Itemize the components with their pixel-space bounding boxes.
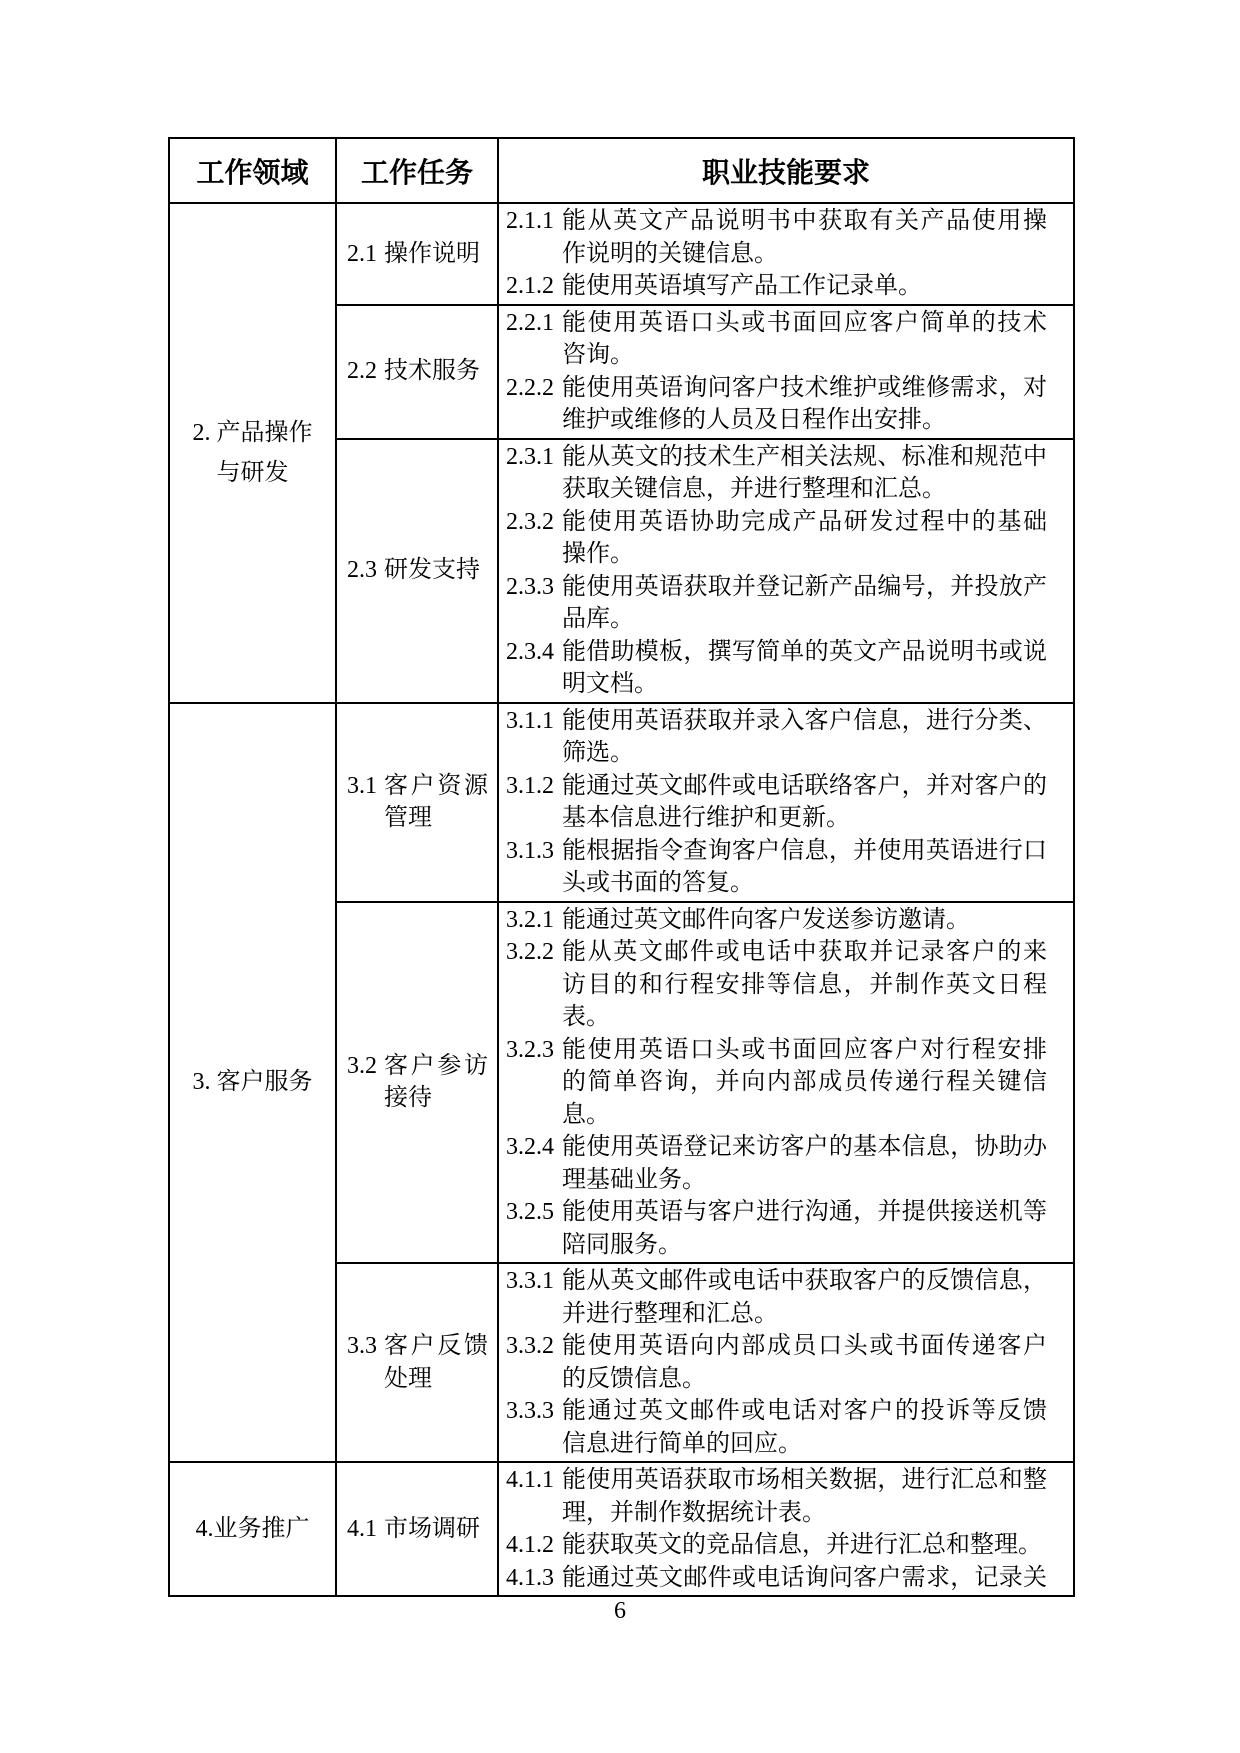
work-task-cell: 2.2技术服务 xyxy=(336,305,498,439)
requirement-line: 能使用英语登记来访客户的基本信息，协助办 xyxy=(562,1131,1047,1164)
requirement-item: 3.3.2能使用英语向内部成员口头或书面传递客户的反馈信息。 xyxy=(506,1330,1047,1395)
requirement-text: 能通过英文邮件或电话联络客户，并对客户的基本信息进行维护和更新。 xyxy=(562,770,1047,835)
requirement-number: 2.1.2 xyxy=(506,270,562,303)
work-task-number: 2.3 xyxy=(347,554,384,587)
work-task-text: 操作说明 xyxy=(384,238,488,271)
requirement-line: 操作。 xyxy=(562,538,1047,571)
work-task-line: 客户资源 xyxy=(384,770,488,803)
work-task-number: 4.1 xyxy=(347,1513,384,1546)
skills-table: 工作领域 工作任务 职业技能要求 2. 产品操作与研发2.1操作说明2.1.1能… xyxy=(168,137,1075,1597)
work-task-line: 研发支持 xyxy=(384,554,488,587)
requirement-item: 2.3.2能使用英语协助完成产品研发过程中的基础操作。 xyxy=(506,506,1047,571)
requirement-line: 陪同服务。 xyxy=(562,1229,1047,1262)
requirement-item: 2.1.2能使用英语填写产品工作记录单。 xyxy=(506,270,1047,303)
requirement-line: 并进行整理和汇总。 xyxy=(562,1298,1047,1331)
requirement-text: 能使用英语与客户进行沟通，并提供接送机等陪同服务。 xyxy=(562,1196,1047,1261)
requirement-text: 能使用英语获取并录入客户信息，进行分类、筛选。 xyxy=(562,705,1047,770)
work-task-line: 管理 xyxy=(384,802,488,835)
work-task-line: 客户反馈 xyxy=(384,1330,488,1363)
work-task-entry: 3.1客户资源管理 xyxy=(347,770,488,835)
table-row: 3. 客户服务3.1客户资源管理3.1.1能使用英语获取并录入客户信息，进行分类… xyxy=(169,703,1074,902)
requirement-line: 能根据指令查询客户信息，并使用英语进行口 xyxy=(562,835,1047,868)
requirement-item: 3.2.4能使用英语登记来访客户的基本信息，协助办理基础业务。 xyxy=(506,1131,1047,1196)
requirement-item: 2.3.4能借助模板，撰写简单的英文产品说明书或说明文档。 xyxy=(506,636,1047,701)
requirement-item: 3.2.2能从英文邮件或电话中获取并记录客户的来访目的和行程安排等信息，并制作英… xyxy=(506,936,1047,1034)
page-number: 6 xyxy=(0,1598,1240,1625)
requirement-number: 3.2.5 xyxy=(506,1196,562,1229)
requirement-text: 能根据指令查询客户信息，并使用英语进行口头或书面的答复。 xyxy=(562,835,1047,900)
work-task-line: 处理 xyxy=(384,1363,488,1396)
requirement-item: 2.3.1能从英文的技术生产相关法规、标准和规范中获取关键信息，并进行整理和汇总… xyxy=(506,441,1047,506)
work-area-cell: 4.业务推广 xyxy=(169,1462,336,1596)
header-skill-requirements: 职业技能要求 xyxy=(498,138,1074,203)
requirement-line: 能通过英文邮件向客户发送参访邀请。 xyxy=(562,904,1047,937)
requirement-text: 能使用英语登记来访客户的基本信息，协助办理基础业务。 xyxy=(562,1131,1047,1196)
requirement-text: 能从英文的技术生产相关法规、标准和规范中获取关键信息，并进行整理和汇总。 xyxy=(562,441,1047,506)
requirement-item: 3.1.2能通过英文邮件或电话联络客户，并对客户的基本信息进行维护和更新。 xyxy=(506,770,1047,835)
requirement-number: 3.2.2 xyxy=(506,936,562,969)
work-area-line: 4.业务推广 xyxy=(170,1509,335,1549)
requirement-line: 能通过英文邮件或电话对客户的投诉等反馈 xyxy=(562,1395,1047,1428)
requirement-text: 能借助模板，撰写简单的英文产品说明书或说明文档。 xyxy=(562,636,1047,701)
requirement-item: 2.2.1能使用英语口头或书面回应客户简单的技术咨询。 xyxy=(506,307,1047,372)
requirement-line: 明文档。 xyxy=(562,668,1047,701)
work-task-entry: 3.3客户反馈处理 xyxy=(347,1330,488,1395)
requirement-line: 能使用英语向内部成员口头或书面传递客户 xyxy=(562,1330,1047,1363)
requirement-line: 维护或维修的人员及日程作出安排。 xyxy=(562,404,1047,437)
requirement-line: 作说明的关键信息。 xyxy=(562,238,1047,271)
requirement-text: 能获取英文的竞品信息，并进行汇总和整理。 xyxy=(562,1529,1047,1562)
requirement-line: 的简单咨询，并向内部成员传递行程关键信 xyxy=(562,1066,1047,1099)
work-task-number: 2.1 xyxy=(347,238,384,271)
requirement-text: 能使用英语获取并登记新产品编号，并投放产品库。 xyxy=(562,571,1047,636)
requirement-item: 2.3.3能使用英语获取并登记新产品编号，并投放产品库。 xyxy=(506,571,1047,636)
skill-requirements-cell: 2.3.1能从英文的技术生产相关法规、标准和规范中获取关键信息，并进行整理和汇总… xyxy=(498,439,1074,703)
requirement-line: 品库。 xyxy=(562,603,1047,636)
requirement-text: 能使用英语询问客户技术维护或维修需求，对维护或维修的人员及日程作出安排。 xyxy=(562,372,1047,437)
work-task-entry: 2.3研发支持 xyxy=(347,554,488,587)
requirement-line: 访目的和行程安排等信息，并制作英文日程 xyxy=(562,969,1047,1002)
work-task-number: 3.1 xyxy=(347,770,384,803)
requirement-number: 2.3.4 xyxy=(506,636,562,669)
requirement-text: 能从英文邮件或电话中获取客户的反馈信息，并进行整理和汇总。 xyxy=(562,1265,1047,1330)
requirement-line: 头或书面的答复。 xyxy=(562,867,1047,900)
work-task-number: 3.2 xyxy=(347,1050,384,1083)
requirement-item: 4.1.3能通过英文邮件或电话询问客户需求，记录关 xyxy=(506,1562,1047,1595)
work-task-cell: 2.3研发支持 xyxy=(336,439,498,703)
work-area-line: 2. 产品操作 xyxy=(170,413,335,453)
requirement-number: 2.3.3 xyxy=(506,571,562,604)
requirement-number: 3.3.2 xyxy=(506,1330,562,1363)
requirement-number: 3.2.3 xyxy=(506,1034,562,1067)
work-area-cell: 3. 客户服务 xyxy=(169,703,336,1463)
skills-table-body: 2. 产品操作与研发2.1操作说明2.1.1能从英文产品说明书中获取有关产品使用… xyxy=(169,203,1074,1596)
requirement-text: 能从英文产品说明书中获取有关产品使用操作说明的关键信息。 xyxy=(562,205,1047,270)
requirement-line: 能使用英语获取并录入客户信息，进行分类、 xyxy=(562,705,1047,738)
requirement-number: 3.3.1 xyxy=(506,1265,562,1298)
requirement-line: 表。 xyxy=(562,1001,1047,1034)
requirement-line: 能使用英语与客户进行沟通，并提供接送机等 xyxy=(562,1196,1047,1229)
work-task-entry: 2.2技术服务 xyxy=(347,355,488,388)
work-task-cell: 4.1市场调研 xyxy=(336,1462,498,1596)
requirement-number: 3.2.1 xyxy=(506,904,562,937)
header-row: 工作领域 工作任务 职业技能要求 xyxy=(169,138,1074,203)
requirement-line: 获取关键信息，并进行整理和汇总。 xyxy=(562,473,1047,506)
requirement-number: 2.3.1 xyxy=(506,441,562,474)
work-task-text: 研发支持 xyxy=(384,554,488,587)
requirement-line: 能使用英语口头或书面回应客户简单的技术 xyxy=(562,307,1047,340)
skill-requirements-cell: 4.1.1能使用英语获取市场相关数据，进行汇总和整理，并制作数据统计表。4.1.… xyxy=(498,1462,1074,1596)
work-task-number: 3.3 xyxy=(347,1330,384,1363)
work-task-text: 技术服务 xyxy=(384,355,488,388)
requirement-item: 3.3.3能通过英文邮件或电话对客户的投诉等反馈信息进行简单的回应。 xyxy=(506,1395,1047,1460)
document-page: 工作领域 工作任务 职业技能要求 2. 产品操作与研发2.1操作说明2.1.1能… xyxy=(0,0,1240,1753)
requirement-item: 4.1.1能使用英语获取市场相关数据，进行汇总和整理，并制作数据统计表。 xyxy=(506,1464,1047,1529)
requirement-number: 2.3.2 xyxy=(506,506,562,539)
requirement-line: 的反馈信息。 xyxy=(562,1363,1047,1396)
requirement-text: 能使用英语协助完成产品研发过程中的基础操作。 xyxy=(562,506,1047,571)
work-task-line: 客户参访 xyxy=(384,1050,488,1083)
work-area-line: 与研发 xyxy=(170,453,335,493)
work-task-text: 市场调研 xyxy=(384,1513,488,1546)
work-task-number: 2.2 xyxy=(347,355,384,388)
table-row: 4.业务推广4.1市场调研4.1.1能使用英语获取市场相关数据，进行汇总和整理，… xyxy=(169,1462,1074,1596)
requirement-line: 能使用英语填写产品工作记录单。 xyxy=(562,270,1047,303)
requirement-line: 信息进行简单的回应。 xyxy=(562,1428,1047,1461)
work-task-cell: 3.1客户资源管理 xyxy=(336,703,498,902)
requirement-item: 3.2.5能使用英语与客户进行沟通，并提供接送机等陪同服务。 xyxy=(506,1196,1047,1261)
requirement-number: 3.2.4 xyxy=(506,1131,562,1164)
requirement-item: 4.1.2能获取英文的竞品信息，并进行汇总和整理。 xyxy=(506,1529,1047,1562)
requirement-number: 2.2.1 xyxy=(506,307,562,340)
requirement-number: 3.1.1 xyxy=(506,705,562,738)
work-task-line: 操作说明 xyxy=(384,238,488,271)
requirement-line: 能使用英语询问客户技术维护或维修需求，对 xyxy=(562,372,1047,405)
requirement-text: 能从英文邮件或电话中获取并记录客户的来访目的和行程安排等信息，并制作英文日程表。 xyxy=(562,936,1047,1034)
requirement-item: 3.3.1能从英文邮件或电话中获取客户的反馈信息，并进行整理和汇总。 xyxy=(506,1265,1047,1330)
requirement-item: 2.2.2能使用英语询问客户技术维护或维修需求，对维护或维修的人员及日程作出安排… xyxy=(506,372,1047,437)
requirement-line: 能通过英文邮件或电话询问客户需求，记录关 xyxy=(562,1562,1047,1595)
skill-requirements-cell: 3.3.1能从英文邮件或电话中获取客户的反馈信息，并进行整理和汇总。3.3.2能… xyxy=(498,1263,1074,1462)
work-task-cell: 3.2客户参访接待 xyxy=(336,902,498,1264)
requirement-item: 3.1.1能使用英语获取并录入客户信息，进行分类、筛选。 xyxy=(506,705,1047,770)
requirement-line: 能从英文邮件或电话中获取客户的反馈信息， xyxy=(562,1265,1047,1298)
requirement-line: 咨询。 xyxy=(562,339,1047,372)
requirement-text: 能使用英语口头或书面回应客户对行程安排的简单咨询，并向内部成员传递行程关键信息。 xyxy=(562,1034,1047,1132)
work-task-cell: 3.3客户反馈处理 xyxy=(336,1263,498,1462)
requirement-item: 3.1.3能根据指令查询客户信息，并使用英语进行口头或书面的答复。 xyxy=(506,835,1047,900)
requirement-line: 息。 xyxy=(562,1099,1047,1132)
requirement-text: 能使用英语口头或书面回应客户简单的技术咨询。 xyxy=(562,307,1047,372)
work-task-line: 市场调研 xyxy=(384,1513,488,1546)
requirement-line: 能使用英语协助完成产品研发过程中的基础 xyxy=(562,506,1047,539)
work-area-cell: 2. 产品操作与研发 xyxy=(169,203,336,703)
requirement-text: 能通过英文邮件或电话对客户的投诉等反馈信息进行简单的回应。 xyxy=(562,1395,1047,1460)
requirement-item: 3.2.3能使用英语口头或书面回应客户对行程安排的简单咨询，并向内部成员传递行程… xyxy=(506,1034,1047,1132)
requirement-item: 3.2.1能通过英文邮件向客户发送参访邀请。 xyxy=(506,904,1047,937)
skill-requirements-cell: 2.2.1能使用英语口头或书面回应客户简单的技术咨询。2.2.2能使用英语询问客… xyxy=(498,305,1074,439)
header-work-task: 工作任务 xyxy=(336,138,498,203)
requirement-item: 2.1.1能从英文产品说明书中获取有关产品使用操作说明的关键信息。 xyxy=(506,205,1047,270)
requirement-text: 能通过英文邮件或电话询问客户需求，记录关 xyxy=(562,1562,1047,1595)
requirement-line: 能从英文产品说明书中获取有关产品使用操 xyxy=(562,205,1047,238)
requirement-number: 4.1.2 xyxy=(506,1529,562,1562)
work-area-line: 3. 客户服务 xyxy=(170,1062,335,1102)
requirement-line: 能获取英文的竞品信息，并进行汇总和整理。 xyxy=(562,1529,1047,1562)
work-task-cell: 2.1操作说明 xyxy=(336,203,498,305)
requirement-line: 能使用英语获取市场相关数据，进行汇总和整 xyxy=(562,1464,1047,1497)
skill-requirements-cell: 3.1.1能使用英语获取并录入客户信息，进行分类、筛选。3.1.2能通过英文邮件… xyxy=(498,703,1074,902)
requirement-line: 能使用英语获取并登记新产品编号，并投放产 xyxy=(562,571,1047,604)
requirement-number: 2.2.2 xyxy=(506,372,562,405)
work-task-line: 技术服务 xyxy=(384,355,488,388)
work-task-text: 客户反馈处理 xyxy=(384,1330,488,1395)
requirement-number: 4.1.1 xyxy=(506,1464,562,1497)
header-work-area: 工作领域 xyxy=(169,138,336,203)
work-task-line: 接待 xyxy=(384,1082,488,1115)
requirement-number: 3.1.2 xyxy=(506,770,562,803)
requirement-line: 能从英文的技术生产相关法规、标准和规范中 xyxy=(562,441,1047,474)
requirement-line: 理基础业务。 xyxy=(562,1164,1047,1197)
requirement-line: 筛选。 xyxy=(562,737,1047,770)
skill-requirements-cell: 2.1.1能从英文产品说明书中获取有关产品使用操作说明的关键信息。2.1.2能使… xyxy=(498,203,1074,305)
requirement-line: 能借助模板，撰写简单的英文产品说明书或说 xyxy=(562,636,1047,669)
table-row: 2. 产品操作与研发2.1操作说明2.1.1能从英文产品说明书中获取有关产品使用… xyxy=(169,203,1074,305)
requirement-line: 基本信息进行维护和更新。 xyxy=(562,802,1047,835)
requirement-text: 能使用英语向内部成员口头或书面传递客户的反馈信息。 xyxy=(562,1330,1047,1395)
requirement-line: 能从英文邮件或电话中获取并记录客户的来 xyxy=(562,936,1047,969)
requirement-line: 理，并制作数据统计表。 xyxy=(562,1497,1047,1530)
requirement-number: 2.1.1 xyxy=(506,205,562,238)
requirement-line: 能使用英语口头或书面回应客户对行程安排 xyxy=(562,1034,1047,1067)
requirement-text: 能通过英文邮件向客户发送参访邀请。 xyxy=(562,904,1047,937)
requirement-text: 能使用英语填写产品工作记录单。 xyxy=(562,270,1047,303)
requirement-number: 3.3.3 xyxy=(506,1395,562,1428)
work-task-entry: 2.1操作说明 xyxy=(347,238,488,271)
skill-requirements-cell: 3.2.1能通过英文邮件向客户发送参访邀请。3.2.2能从英文邮件或电话中获取并… xyxy=(498,902,1074,1264)
work-task-entry: 4.1市场调研 xyxy=(347,1513,488,1546)
work-task-text: 客户参访接待 xyxy=(384,1050,488,1115)
requirement-number: 3.1.3 xyxy=(506,835,562,868)
table-header: 工作领域 工作任务 职业技能要求 xyxy=(169,138,1074,203)
work-task-entry: 3.2客户参访接待 xyxy=(347,1050,488,1115)
requirement-text: 能使用英语获取市场相关数据，进行汇总和整理，并制作数据统计表。 xyxy=(562,1464,1047,1529)
requirement-number: 4.1.3 xyxy=(506,1562,562,1595)
work-task-text: 客户资源管理 xyxy=(384,770,488,835)
requirement-line: 能通过英文邮件或电话联络客户，并对客户的 xyxy=(562,770,1047,803)
